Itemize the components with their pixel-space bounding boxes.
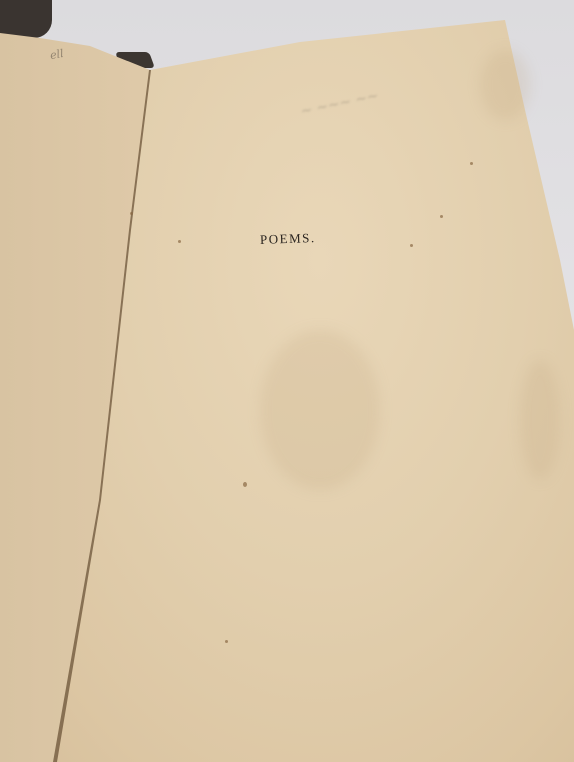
- foxing-speck: [130, 212, 133, 215]
- page-stain: [260, 330, 380, 490]
- page-stain: [520, 360, 560, 480]
- foxing-speck: [178, 240, 181, 243]
- foxing-speck: [470, 162, 473, 165]
- foxing-speck: [440, 215, 443, 218]
- foxing-speck: [243, 482, 247, 487]
- page-stain: [480, 50, 530, 120]
- pencil-mark: ell: [49, 47, 65, 62]
- page-title: POEMS.: [260, 230, 316, 248]
- foxing-speck: [225, 640, 228, 643]
- book-cover-corner: [0, 0, 52, 38]
- foxing-speck: [410, 244, 413, 247]
